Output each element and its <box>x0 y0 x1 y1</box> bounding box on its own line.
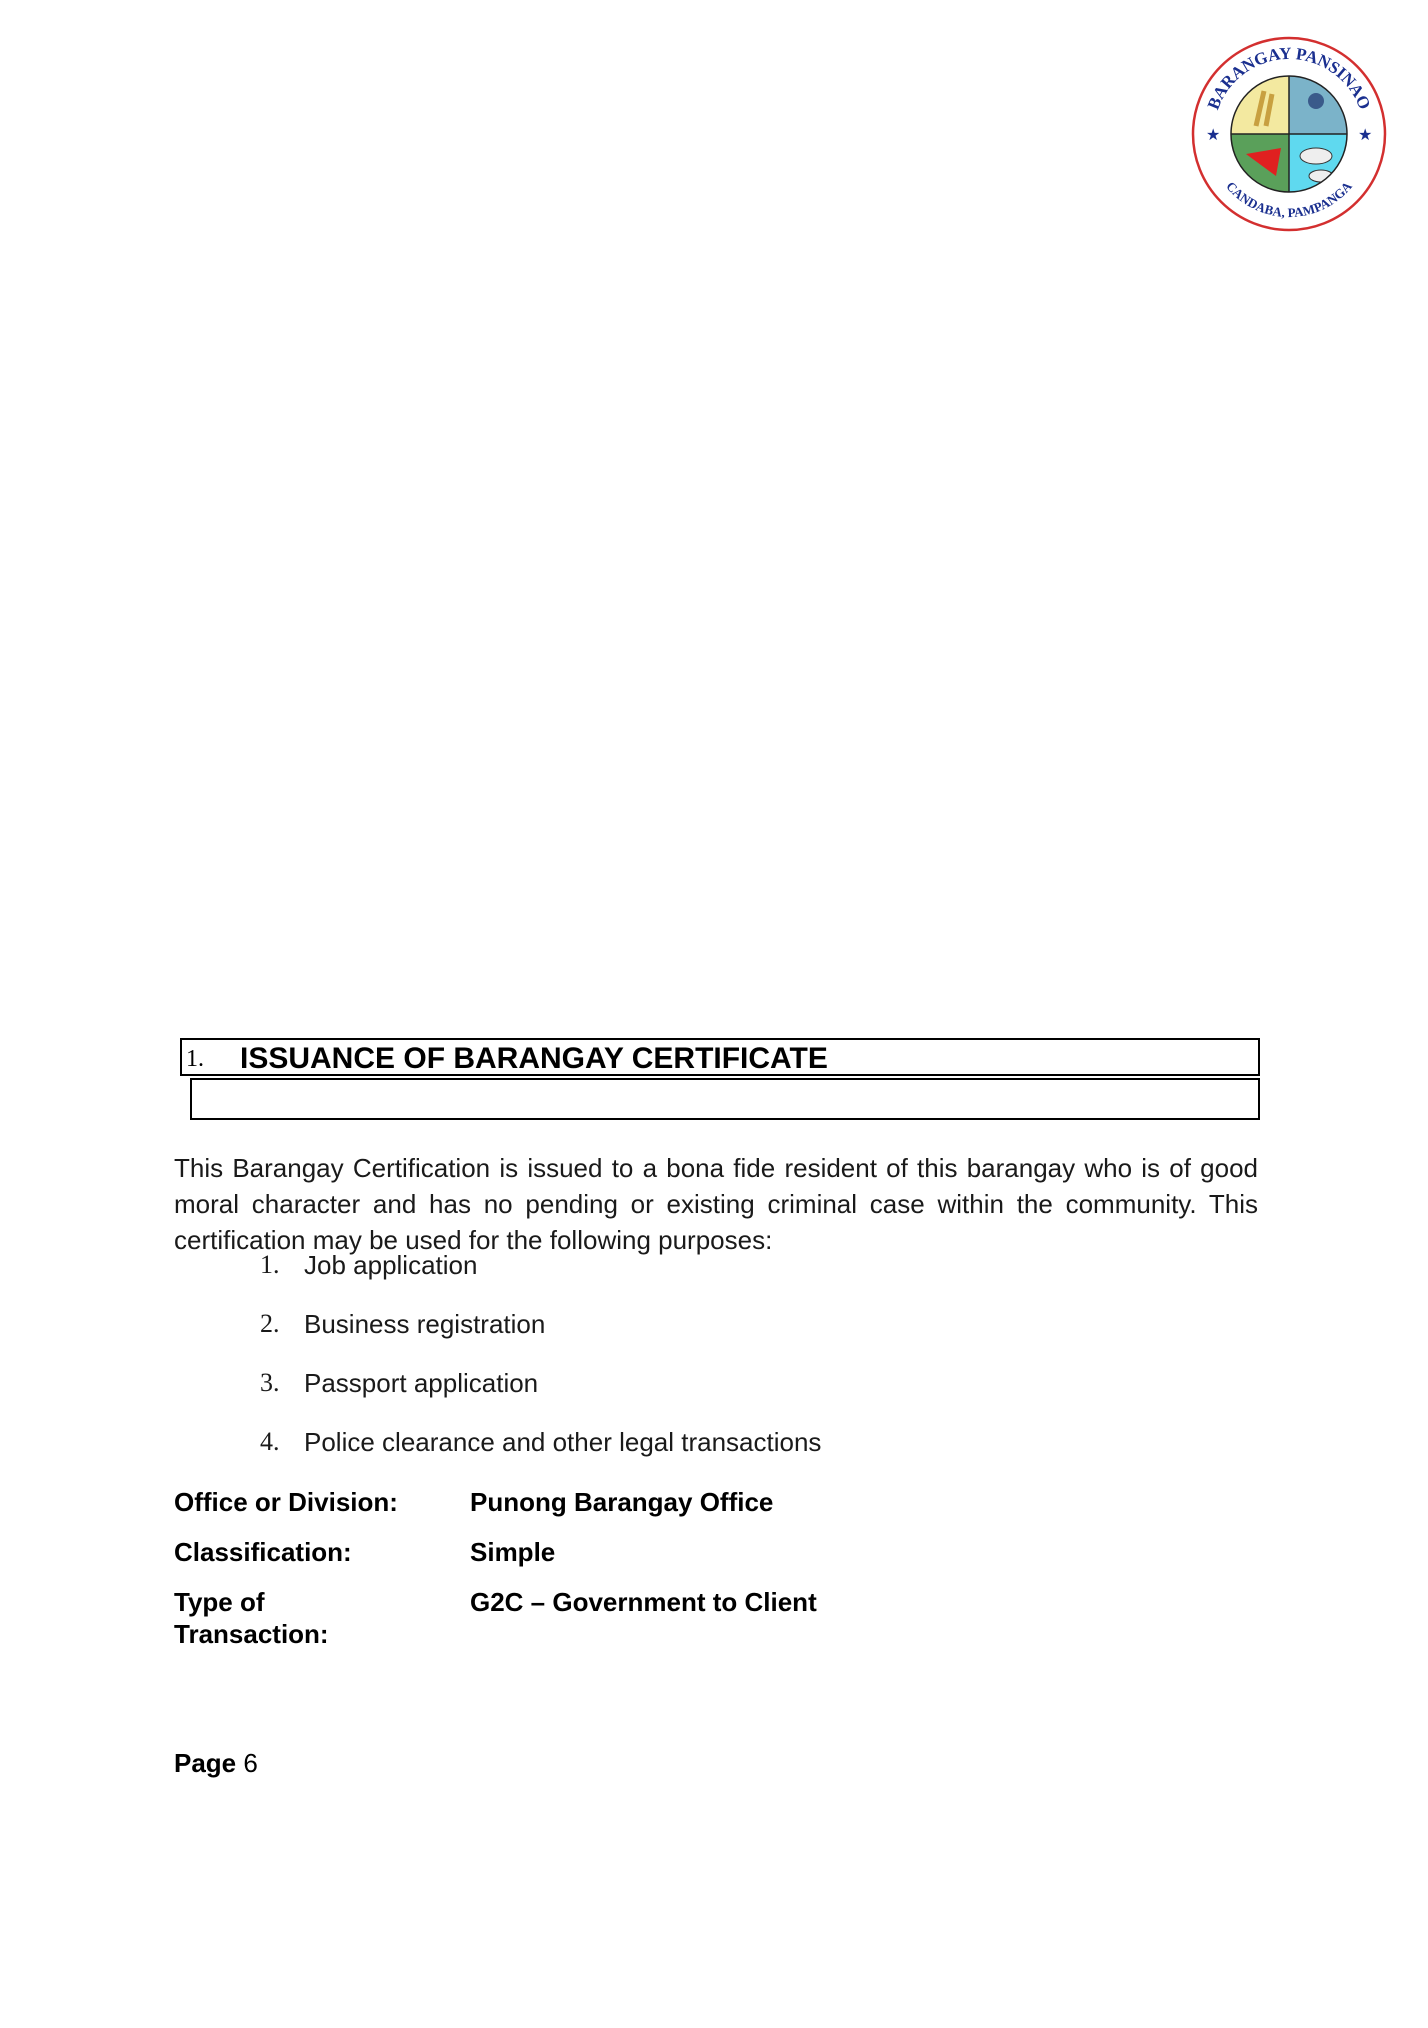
list-item: 3.Passport application <box>260 1368 821 1427</box>
transaction-type-label: Type of Transaction: <box>174 1586 344 1650</box>
list-item: 1.Job application <box>260 1250 821 1309</box>
list-number: 3. <box>260 1368 304 1427</box>
list-number: 4. <box>260 1427 304 1486</box>
description-paragraph: This Barangay Certification is issued to… <box>174 1150 1258 1258</box>
purposes-list: 1.Job application 2.Business registratio… <box>260 1250 821 1486</box>
transaction-type-value: G2C – Government to Client <box>470 1586 817 1650</box>
classification-value: Simple <box>470 1536 555 1568</box>
list-item: 2.Business registration <box>260 1309 821 1368</box>
classification-row: Classification: Simple <box>174 1536 817 1568</box>
office-value: Punong Barangay Office <box>470 1486 773 1518</box>
list-text: Job application <box>304 1250 477 1309</box>
list-text: Passport application <box>304 1368 538 1427</box>
page-label: Page <box>174 1748 236 1778</box>
classification-label: Classification: <box>174 1536 470 1568</box>
svg-text:★: ★ <box>1206 127 1220 144</box>
svg-text:★: ★ <box>1358 127 1372 144</box>
list-text: Police clearance and other legal transac… <box>304 1427 821 1486</box>
section-heading: 1. ISSUANCE OF BARANGAY CERTIFICATE <box>180 1038 1260 1076</box>
transaction-type-row: Type of Transaction: G2C – Government to… <box>174 1586 817 1650</box>
page-number: 6 <box>243 1748 257 1778</box>
section-number: 1. <box>186 1046 204 1073</box>
page-footer: Page 6 <box>174 1748 258 1779</box>
section-title: ISSUANCE OF BARANGAY CERTIFICATE <box>240 1042 828 1076</box>
list-text: Business registration <box>304 1309 545 1368</box>
list-number: 1. <box>260 1250 304 1309</box>
service-info: Office or Division: Punong Barangay Offi… <box>174 1486 817 1668</box>
barangay-seal-logo: BARANGAY PANSINAO CANDABA, PAMPANGA ★ ★ <box>1186 36 1392 232</box>
office-row: Office or Division: Punong Barangay Offi… <box>174 1486 817 1518</box>
office-label: Office or Division: <box>174 1486 470 1518</box>
list-number: 2. <box>260 1309 304 1368</box>
empty-subheading-box <box>190 1078 1260 1120</box>
list-item: 4.Police clearance and other legal trans… <box>260 1427 821 1486</box>
